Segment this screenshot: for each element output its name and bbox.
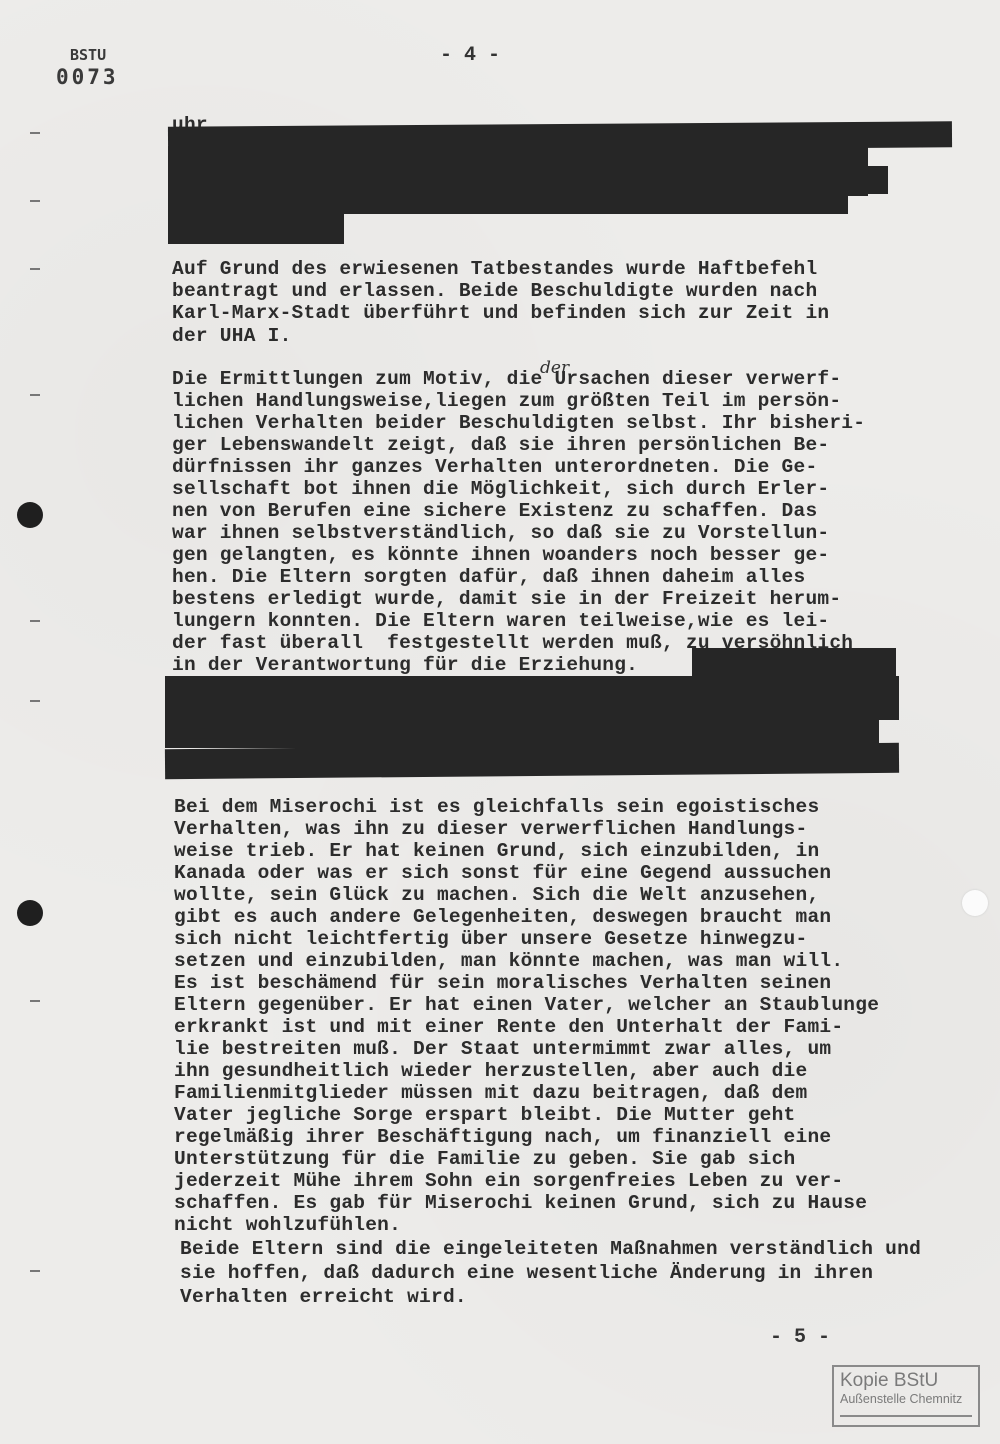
text-line: Auf Grund des erwiesenen Tatbestandes wu…	[172, 258, 817, 280]
text-line: ihn gesundheitlich wieder herzustellen, …	[174, 1060, 807, 1082]
text-line: sie hoffen, daß dadurch eine wesentliche…	[180, 1262, 873, 1284]
archive-number: 0073	[56, 67, 119, 88]
redaction-bar	[850, 166, 888, 194]
text-line: bestens erledigt wurde, damit sie in der…	[172, 588, 841, 610]
text-line: war ihnen selbstverständlich, so daß sie…	[172, 522, 829, 544]
document-page: BSTU 0073 - 4 - uhr. Auf Grund des erwie…	[0, 0, 1000, 1444]
archive-stamp-top: BSTU 0073	[56, 48, 119, 88]
text-line: lichen Handlungsweise,liegen zum größten…	[172, 390, 841, 412]
redaction-bar	[168, 146, 868, 196]
text-line: Unterstützung für die Familie zu geben. …	[174, 1148, 796, 1170]
punch-hole	[17, 900, 43, 926]
redaction-bar	[168, 212, 344, 244]
margin-mark	[30, 394, 40, 396]
punch-hole	[17, 502, 43, 528]
stamp-title: Kopie BStU	[840, 1371, 972, 1391]
text-line: beantragt und erlassen. Beide Beschuldig…	[172, 280, 817, 302]
text-line: nen von Berufen eine sichere Existenz zu…	[172, 500, 817, 522]
margin-mark	[30, 1270, 40, 1272]
text-line: jederzeit Mühe ihrem Sohn ein sorgenfrei…	[174, 1170, 843, 1192]
text-line: nicht wohlzufühlen.	[174, 1214, 401, 1236]
text-line: der UHA I.	[172, 325, 292, 347]
margin-mark	[30, 700, 40, 702]
text-line: gibt es auch andere Gelegenheiten, deswe…	[174, 906, 831, 928]
stamp-subtitle: Außenstelle Chemnitz	[840, 1391, 972, 1407]
text-line: dürfnissen ihr ganzes Verhalten unterord…	[172, 456, 817, 478]
punch-hole	[962, 890, 988, 916]
text-line: Familienmitglieder müssen mit dazu beitr…	[174, 1082, 807, 1104]
text-line: Die Ermittlungen zum Motiv, die Ursachen…	[172, 368, 841, 390]
margin-mark	[30, 620, 40, 622]
margin-mark	[30, 132, 40, 134]
margin-mark	[30, 268, 40, 270]
text-line: regelmäßig ihrer Beschäftigung nach, um …	[174, 1126, 831, 1148]
redaction-bar	[165, 676, 899, 720]
redaction-bar	[692, 648, 896, 678]
margin-mark	[30, 1000, 40, 1002]
text-line: setzen und einzubilden, man könnte mache…	[174, 950, 843, 972]
text-line: ger Lebenswandelt zeigt, daß sie ihren p…	[172, 434, 829, 456]
next-page-number: - 5 -	[770, 1326, 830, 1349]
redaction-bar	[168, 192, 848, 214]
text-line: sich nicht leichtfertig über unsere Gese…	[174, 928, 807, 950]
archive-copy-stamp: Kopie BStU Außenstelle Chemnitz	[832, 1365, 980, 1427]
text-line: Vater jegliche Sorge erspart bleibt. Die…	[174, 1104, 796, 1126]
stamp-signature-line	[840, 1415, 972, 1417]
text-line: Karl-Marx-Stadt überführt und befinden s…	[172, 302, 829, 324]
text-line: in der Verantwortung für die Erziehung.	[172, 654, 638, 676]
redaction-bar	[165, 743, 899, 779]
text-line: Verhalten, was ihn zu dieser verwerflich…	[174, 818, 807, 840]
text-line: lichen Verhalten beider Beschuldigten se…	[172, 412, 865, 434]
text-line: erkrankt ist und mit einer Rente den Unt…	[174, 1016, 843, 1038]
text-line: Bei dem Miserochi ist es gleichfalls sei…	[174, 796, 819, 818]
text-line: gen gelangten, es könnte ihnen woanders …	[172, 544, 829, 566]
text-line: Es ist beschämend für sein moralisches V…	[174, 972, 831, 994]
text-line: wollte, sein Glück zu machen. Sich die W…	[174, 884, 819, 906]
text-line: Kanada oder was er sich sonst für eine G…	[174, 862, 831, 884]
text-line: lie bestreiten muß. Der Staat untermimmt…	[174, 1038, 831, 1060]
margin-mark	[30, 200, 40, 202]
text-line: hen. Die Eltern sorgten dafür, daß ihnen…	[172, 566, 805, 588]
text-line: lungern konnten. Die Eltern waren teilwe…	[172, 610, 829, 632]
text-line: Beide Eltern sind die eingeleiteten Maßn…	[180, 1238, 921, 1260]
text-line: Verhalten erreicht wird.	[180, 1286, 467, 1308]
archive-label: BSTU	[70, 48, 119, 63]
page-number: - 4 -	[440, 44, 500, 67]
text-line: sellschaft bot ihnen die Möglichkeit, si…	[172, 478, 829, 500]
text-line: weise trieb. Er hat keinen Grund, sich e…	[174, 840, 819, 862]
text-line: schaffen. Es gab für Miserochi keinen Gr…	[174, 1192, 867, 1214]
text-line: Eltern gegenüber. Er hat einen Vater, we…	[174, 994, 879, 1016]
